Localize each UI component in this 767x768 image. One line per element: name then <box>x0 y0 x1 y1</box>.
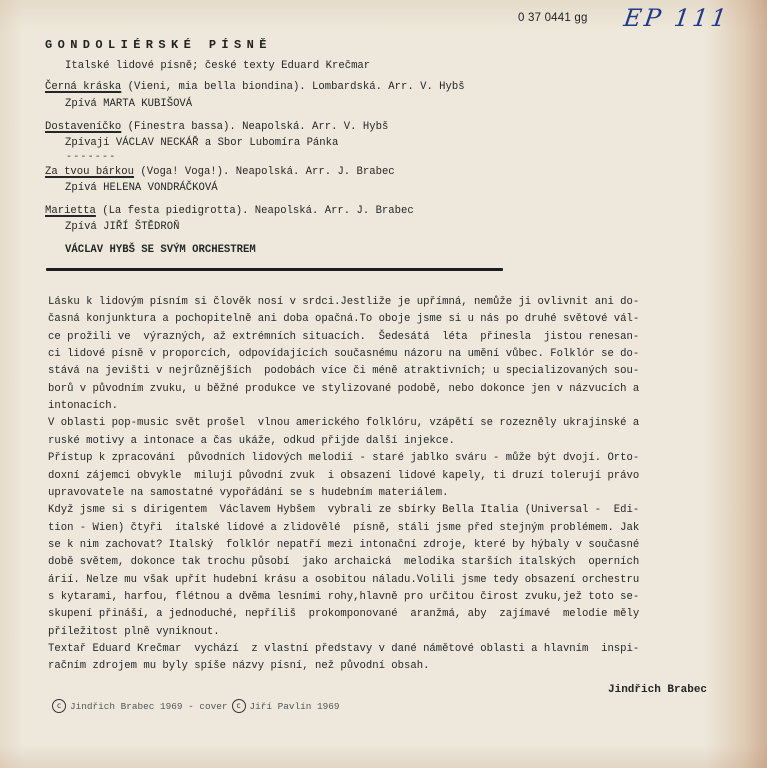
copyright-text-1: Jindřich Brabec 1969 - cover <box>70 701 228 712</box>
copyright-icon: c <box>52 699 66 713</box>
track-1-performer: Zpívá MARTA KUBIŠOVÁ <box>65 98 192 110</box>
track-2: Dostaveníčko (Finestra bassa). Neapolská… <box>45 121 388 133</box>
liner-note-line: Textař Eduard Krečmar vychází z vlastní … <box>48 643 639 655</box>
divider-rule <box>46 268 503 271</box>
liner-note-line: tion - Wien) čtyři italské lidové a zlid… <box>48 522 639 534</box>
track-1-info: (Vieni, mia bella biondina). Lombardská.… <box>121 81 464 93</box>
orchestra-credit: VÁCLAV HYBŠ SE SVÝM ORCHESTREM <box>65 244 256 256</box>
liner-note-line: časná konjunktura a pochopitelně ani dob… <box>48 313 639 325</box>
liner-note-line: ce prožili ve výrazných, až extrémních s… <box>48 331 639 343</box>
author-signature: Jindřich Brabec <box>608 684 707 696</box>
track-3: Za tvou bárkou (Voga! Voga!). Neapolská.… <box>45 166 395 178</box>
liner-note-line: intonacích. <box>48 400 118 412</box>
track-3-info: (Voga! Voga!). Neapolská. Arr. J. Brabec <box>134 166 395 178</box>
liner-note-line: Lásku k lidovým písním si člověk nosí v … <box>48 296 639 308</box>
liner-note-line: Když jsme si s dirigentem Václavem Hybše… <box>48 504 639 516</box>
album-subtitle: Italské lidové písně; české texty Eduard… <box>65 60 370 72</box>
copyright-line: c Jindřich Brabec 1969 - cover c Jiří Pa… <box>52 699 340 713</box>
liner-note-line: příležitost plně vyniknout. <box>48 626 220 638</box>
liner-note-line: račním zdrojem mu byly spíše názvy písní… <box>48 660 429 672</box>
liner-note-line: ci lidové písně v proporcích, odpovídají… <box>48 348 639 360</box>
track-4-info: (La festa piedigrotta). Neapolská. Arr. … <box>96 205 414 217</box>
album-title: GONDOLIÉRSKÉ PÍSNĚ <box>45 38 272 52</box>
liner-note-line: doxní zájemci obvykle milují původní zvu… <box>48 470 639 482</box>
track-4: Marietta (La festa piedigrotta). Neapols… <box>45 205 414 217</box>
liner-note-line: skupení přináší, a jednoduché, nepříliš … <box>48 608 639 620</box>
copyright-icon: c <box>232 699 246 713</box>
liner-note-line: s kytarami, harfou, flétnou a dvěma lesn… <box>48 591 639 603</box>
handwritten-note: EP 111 <box>622 4 731 32</box>
track-2-performer: Zpívají VÁCLAV NECKÁŘ a Sbor Lubomíra Pá… <box>65 137 338 149</box>
liner-note-line: árií. Nelze mu však upřít hudební krásu … <box>48 574 639 586</box>
track-2-info: (Finestra bassa). Neapolská. Arr. V. Hyb… <box>121 121 388 133</box>
track-2-title: Dostaveníčko <box>45 121 121 133</box>
track-1: Černá kráska (Vieni, mia bella biondina)… <box>45 81 465 93</box>
liner-note-line: stává na jevišti v nejrůznějších podobác… <box>48 365 639 377</box>
liner-note-line: se k nim zachovat? Italský folklór nepat… <box>48 539 639 551</box>
track-4-performer: Zpívá JIŘÍ ŠTĚDROŇ <box>65 221 179 233</box>
side-separator: ------- <box>66 152 116 163</box>
liner-note-line: ruské motivy a intonace a čas ukáže, odk… <box>48 435 455 447</box>
copyright-text-2: Jiří Pavlín 1969 <box>250 701 340 712</box>
liner-note-line: době světem, dokonce tak trochu působí j… <box>48 556 639 568</box>
track-4-title: Marietta <box>45 205 96 217</box>
liner-note-line: Přístup k zpracování původních lidových … <box>48 452 639 464</box>
catalog-number: 0 37 0441 gg <box>518 12 588 24</box>
liner-note-line: V oblasti pop-music svět prošel vlnou am… <box>48 417 639 429</box>
track-3-title: Za tvou bárkou <box>45 166 134 178</box>
track-3-performer: Zpívá HELENA VONDRÁČKOVÁ <box>65 182 218 194</box>
liner-note-line: borů v původním zvuku, u běžné produkce … <box>48 383 639 395</box>
liner-note-line: upravovatele na samostatné vypořádání se… <box>48 487 449 499</box>
track-1-title: Černá kráska <box>45 81 121 93</box>
